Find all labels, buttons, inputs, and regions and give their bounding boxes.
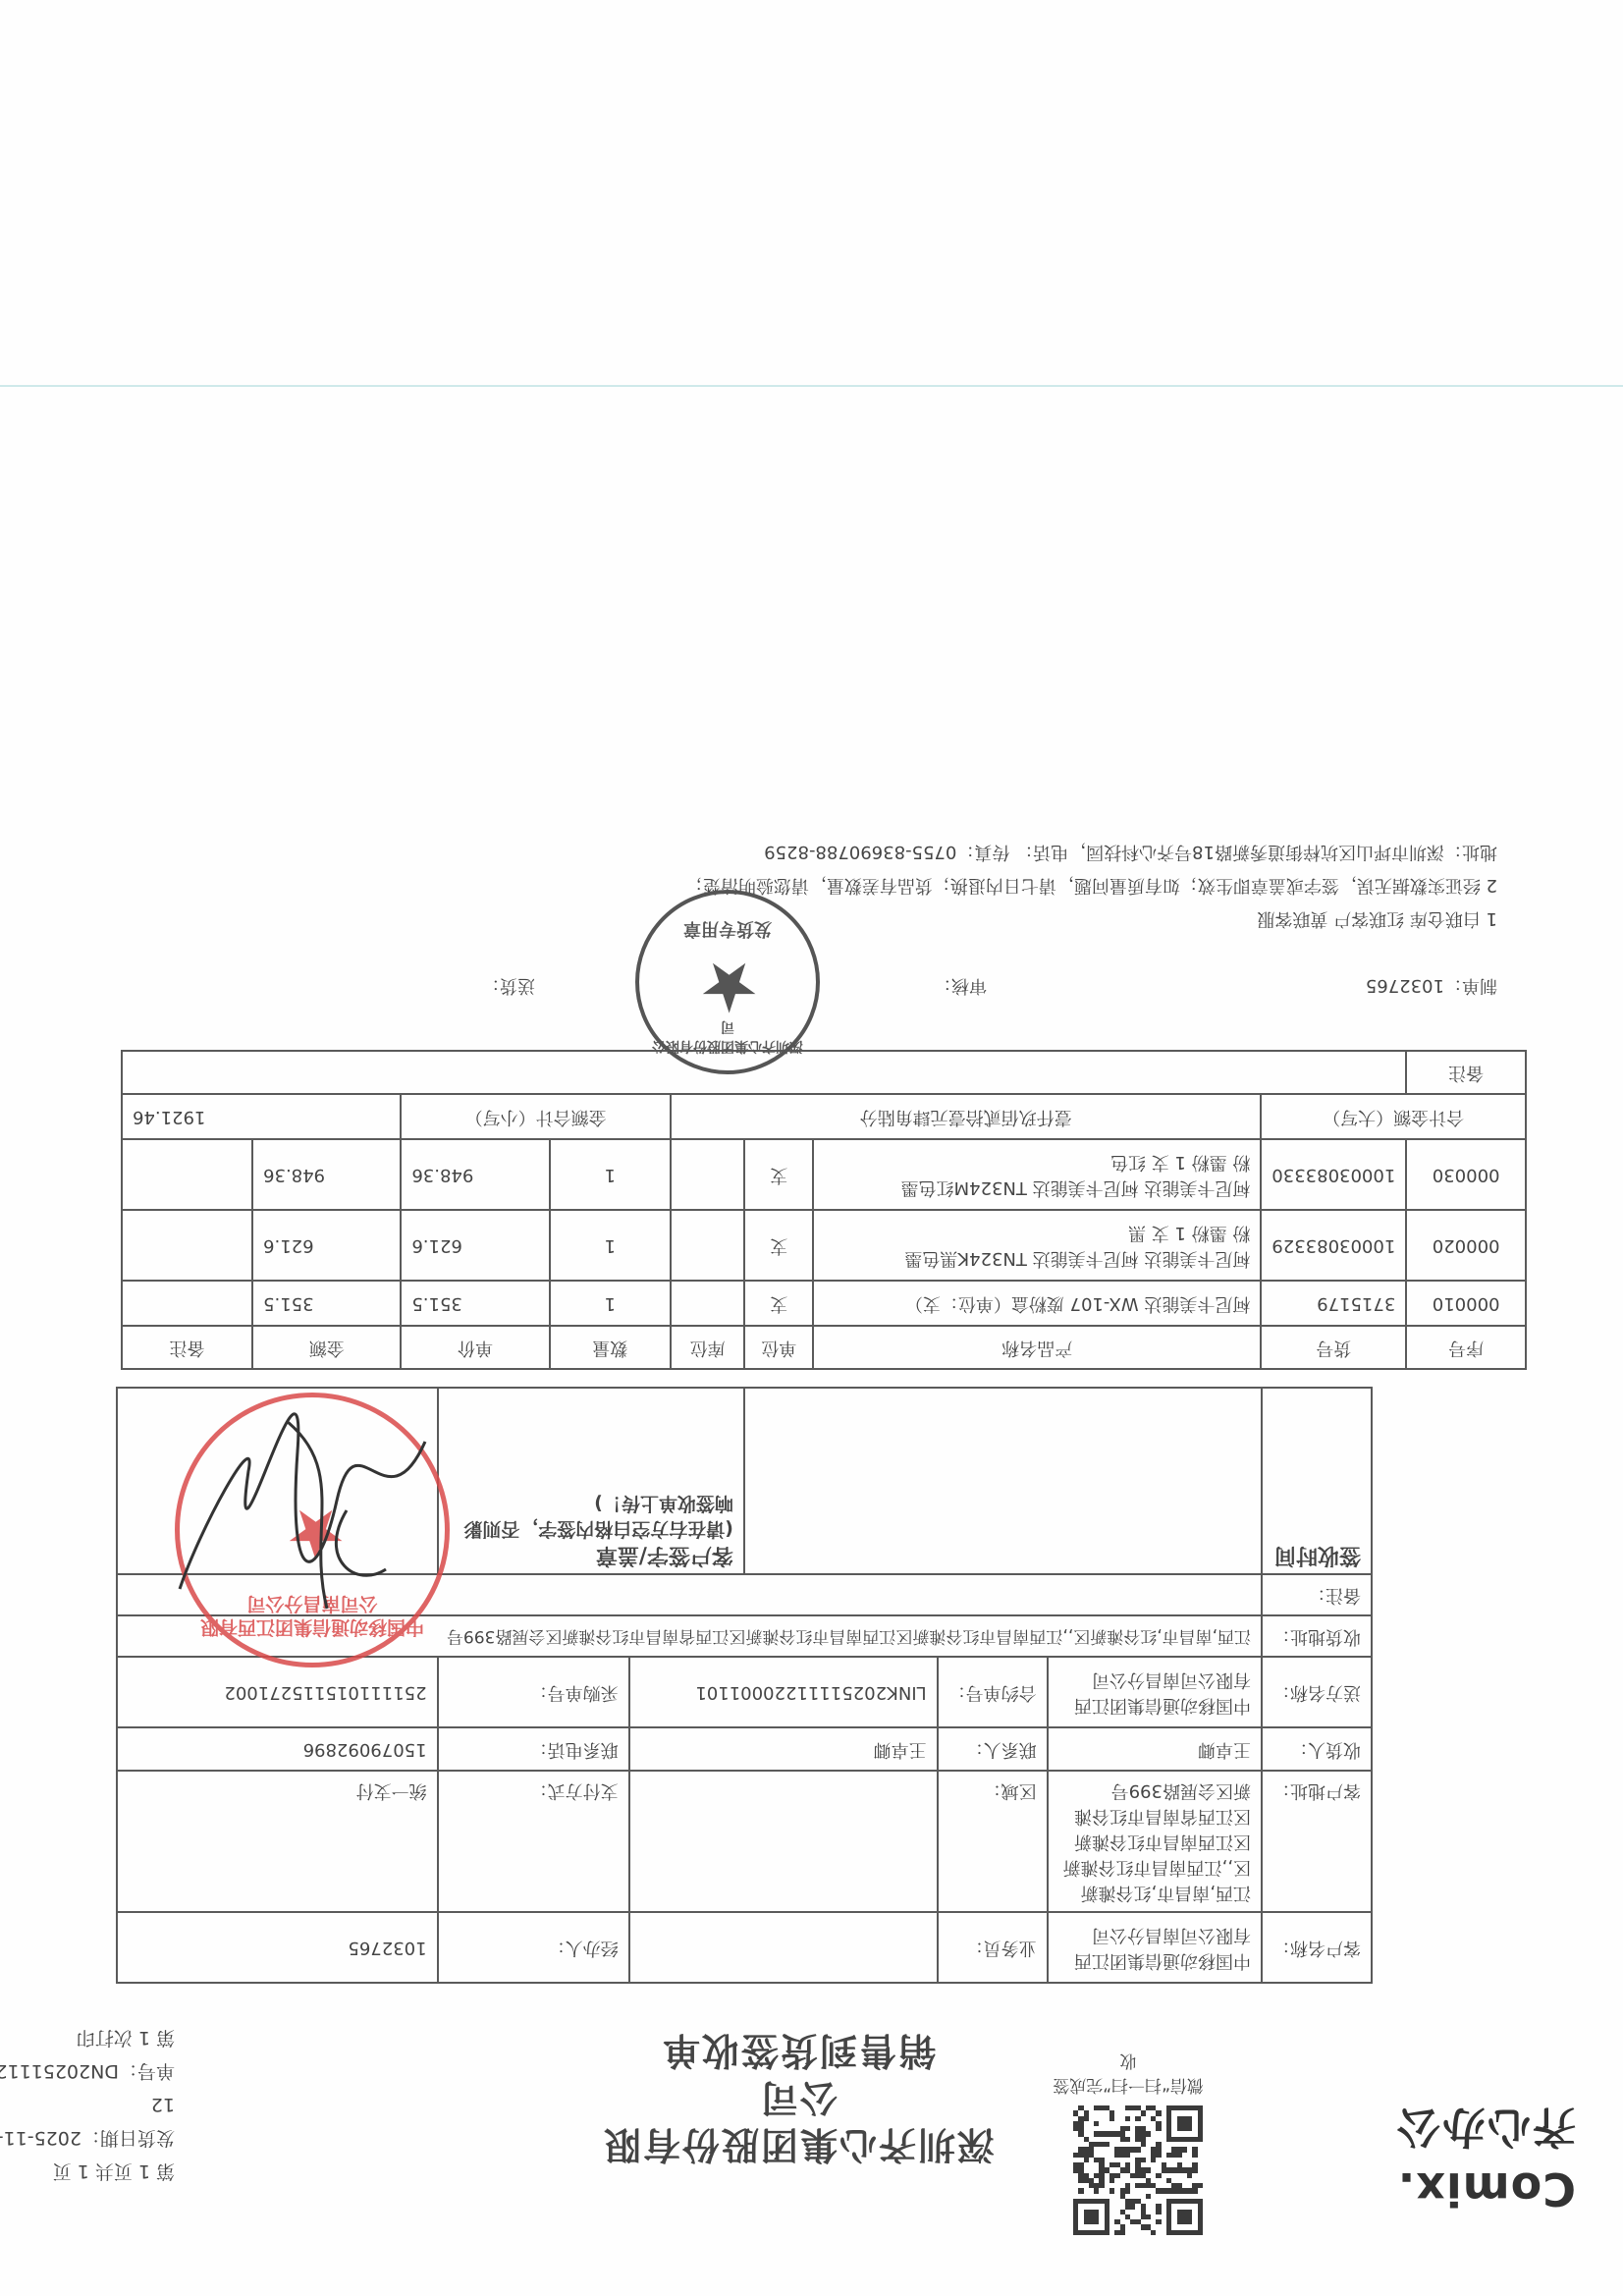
customer-name-label: 客户名称： xyxy=(1262,1912,1372,1983)
product-name-cont: 粉 墨粉 1 支 红色 xyxy=(824,1149,1250,1175)
total-row: 合计金额（大写） 壹仟玖佰贰拾壹元肆角陆分 金额合计（小写） 1921.46 xyxy=(122,1094,1526,1139)
company-name: 深圳齐心集团股份有限公司 xyxy=(602,2074,995,2168)
cell-qty: 1 xyxy=(550,1210,671,1281)
cell-price: 948.36 xyxy=(401,1139,549,1210)
page-info: 第 1 页共 1 页 xyxy=(0,2155,175,2188)
cell-sku: 10003083329 xyxy=(1261,1210,1406,1281)
seal-text-bottom: 发货专用章 xyxy=(669,917,786,943)
cell-seq: 000010 xyxy=(1406,1281,1526,1326)
qr-caption: 微信“扫一扫”完成签 收 xyxy=(1030,2050,1226,2100)
cell-seq: 000030 xyxy=(1406,1139,1526,1210)
cell-location xyxy=(671,1139,745,1210)
order-no: 单号：DN202511124719 xyxy=(0,2054,175,2088)
column-header: 产品名称 xyxy=(813,1326,1261,1369)
customer-address-label: 客户地址： xyxy=(1262,1771,1372,1912)
table-row: 00003010003083330柯尼卡美能达 柯尼卡美能达 TN324M红色墨… xyxy=(122,1139,1526,1210)
ship-date: 发货日期：2025-11-12 xyxy=(0,2088,175,2155)
cell-price: 621.6 xyxy=(401,1210,549,1281)
region xyxy=(629,1771,938,1912)
column-header: 库位 xyxy=(671,1326,745,1369)
qr-caption-line1: 微信“扫一扫”完成签 xyxy=(1030,2075,1226,2100)
region-label: 区域： xyxy=(938,1771,1048,1912)
sender-label: 送方名称： xyxy=(1262,1657,1372,1727)
cell-remark xyxy=(122,1210,252,1281)
cell-price: 351.5 xyxy=(401,1281,549,1326)
shipping-seal: ★ 深圳齐心集团股份有限公司 发货专用章 xyxy=(635,890,820,1074)
cell-name: 柯尼卡美能达 WX-107 废粉盒（单位：支） xyxy=(813,1281,1261,1326)
product-name: 柯尼卡美能达 柯尼卡美能达 TN324K黑色墨 xyxy=(824,1245,1250,1271)
cell-location xyxy=(671,1210,745,1281)
cell-remark xyxy=(122,1281,252,1326)
note-address: 地址：深圳市坪山区坑梓街道秀新路18号齐心科技园，电话： 传真：0755-836… xyxy=(123,835,1497,868)
remark-label: 备注： xyxy=(1262,1574,1372,1615)
payment-method: 统一支付 xyxy=(117,1771,438,1912)
cell-sku: 3715179 xyxy=(1261,1281,1406,1326)
column-header: 单位 xyxy=(744,1326,813,1369)
customer-address: 江西,南昌市,红谷滩新区,,江西南昌市红谷滩新区江西南昌市红谷滩新区江西省南昌市… xyxy=(1048,1771,1262,1912)
handler: 1032765 xyxy=(117,1912,438,1983)
cell-unit: 支 xyxy=(744,1281,813,1326)
items-remark-row: 备注 xyxy=(122,1051,1526,1094)
phone-label: 联系电话： xyxy=(438,1727,629,1771)
print-count: 第 1 次打印 xyxy=(0,2021,175,2054)
delivery-address-label: 收货地址： xyxy=(1262,1615,1372,1657)
cell-amount: 948.36 xyxy=(252,1139,401,1210)
column-header: 备注 xyxy=(122,1326,252,1369)
contract-label: 合约单号： xyxy=(938,1657,1048,1727)
sign-time-field[interactable] xyxy=(744,1388,1262,1574)
document-title: 深圳齐心集团股份有限公司 销售到货签收单 xyxy=(602,2027,995,2168)
cell-name: 柯尼卡美能达 柯尼卡美能达 TN324K黑色墨粉 墨粉 1 支 黑 xyxy=(813,1210,1261,1281)
purchase-label: 采购单号： xyxy=(438,1657,629,1727)
note-terms: 2 经证实数据无误，签字或盖章即生效；如有质量问题，请七日内退换；货品有差数量，… xyxy=(123,868,1497,902)
column-header: 金额 xyxy=(252,1326,401,1369)
contact: 王卓卿 xyxy=(629,1727,938,1771)
document-meta: 第 1 页共 1 页 发货日期：2025-11-12 单号：DN20251112… xyxy=(0,2021,175,2188)
sender-name: 中国移动通信集团江西有限公司南昌分公司 xyxy=(1048,1657,1262,1727)
contract-no: LINK20251111220001101 xyxy=(629,1657,938,1727)
cell-name: 柯尼卡美能达 柯尼卡美能达 TN324M红色墨粉 墨粉 1 支 红色 xyxy=(813,1139,1261,1210)
sign-instruction: 客户签字/盖章 (请在右方空白格内签字，否则影响签收单上传！) xyxy=(438,1388,744,1574)
cell-unit: 支 xyxy=(744,1210,813,1281)
total-upper: 壹仟玖佰贰拾壹元肆角陆分 xyxy=(671,1094,1262,1139)
handler-label: 经办人： xyxy=(438,1912,629,1983)
customer-name: 中国移动通信集团江西有限公司南昌分公司 xyxy=(1048,1912,1262,1983)
logo-cn: 齐心办公 xyxy=(1395,2100,1576,2162)
cell-location xyxy=(671,1281,745,1326)
product-name: 柯尼卡美能达 WX-107 废粉盒（单位：支） xyxy=(824,1290,1250,1316)
table-row: 0000103715179柯尼卡美能达 WX-107 废粉盒（单位：支）支135… xyxy=(122,1281,1526,1326)
cell-remark xyxy=(122,1139,252,1210)
product-table-header: 序号货号产品名称单位库位数量单价金额备注 xyxy=(122,1326,1526,1369)
total-lower: 1921.46 xyxy=(122,1094,401,1139)
logo-en: Comix. xyxy=(1395,2162,1576,2215)
total-upper-label: 合计金额（大写） xyxy=(1261,1094,1526,1139)
column-header: 货号 xyxy=(1261,1326,1406,1369)
purchase-no: 251111015115271002 xyxy=(117,1657,438,1727)
column-header: 数量 xyxy=(550,1326,671,1369)
column-header: 单价 xyxy=(401,1326,549,1369)
column-header: 序号 xyxy=(1406,1326,1526,1369)
delivery-receipt-page: Comix. 齐心办公 微信“扫一扫”完成签 收 深圳齐心集团股份有限公司 销售… xyxy=(0,0,1623,2296)
salesman-label: 业务员： xyxy=(938,1912,1048,1983)
sign-note: (请在右方空白格内签字，否则影响签收单上传！) xyxy=(449,1491,733,1542)
table-row: 00002010003083329柯尼卡美能达 柯尼卡美能达 TN324K黑色墨… xyxy=(122,1210,1526,1281)
handwritten-signature xyxy=(150,1393,445,1648)
receiver: 王卓卿 xyxy=(1048,1727,1262,1771)
contact-label: 联系人： xyxy=(938,1727,1048,1771)
product-name-cont: 粉 墨粉 1 支 黑 xyxy=(824,1220,1250,1245)
salesman xyxy=(629,1912,938,1983)
scan-artifact-line xyxy=(0,385,1623,387)
seal-text-top: 深圳齐心集团股份有限公司 xyxy=(647,1017,808,1057)
sign-title: 客户签字/盖章 xyxy=(449,1542,733,1567)
cell-qty: 1 xyxy=(550,1139,671,1210)
total-lower-label: 金额合计（小写） xyxy=(401,1094,670,1139)
phone: 15079092896 xyxy=(117,1727,438,1771)
cell-qty: 1 xyxy=(550,1281,671,1326)
qr-caption-line2: 收 xyxy=(1030,2050,1226,2075)
product-name: 柯尼卡美能达 柯尼卡美能达 TN324M红色墨 xyxy=(824,1175,1250,1200)
cell-unit: 支 xyxy=(744,1139,813,1210)
product-table: 序号货号产品名称单位库位数量单价金额备注 0000103715179柯尼卡美能达… xyxy=(121,1050,1527,1370)
cell-amount: 351.5 xyxy=(252,1281,401,1326)
doc-title: 销售到货签收单 xyxy=(602,2027,995,2074)
qr-code-icon[interactable] xyxy=(1073,2105,1203,2235)
cell-sku: 10003083330 xyxy=(1261,1139,1406,1210)
maker: 1032765 xyxy=(1366,975,1444,996)
cell-amount: 621.6 xyxy=(252,1210,401,1281)
items-remark-label: 备注 xyxy=(1406,1051,1526,1094)
receiver-label: 收货人： xyxy=(1262,1727,1372,1771)
sign-time-label: 签收时间 xyxy=(1262,1388,1372,1574)
star-icon: ★ xyxy=(698,953,760,1021)
payment-label: 支付方式： xyxy=(438,1771,629,1912)
note-copies: 1 白联仓库 红联客户 黄联客服 xyxy=(123,902,1497,935)
cell-seq: 000020 xyxy=(1406,1210,1526,1281)
comix-logo: Comix. 齐心办公 xyxy=(1395,2100,1576,2215)
